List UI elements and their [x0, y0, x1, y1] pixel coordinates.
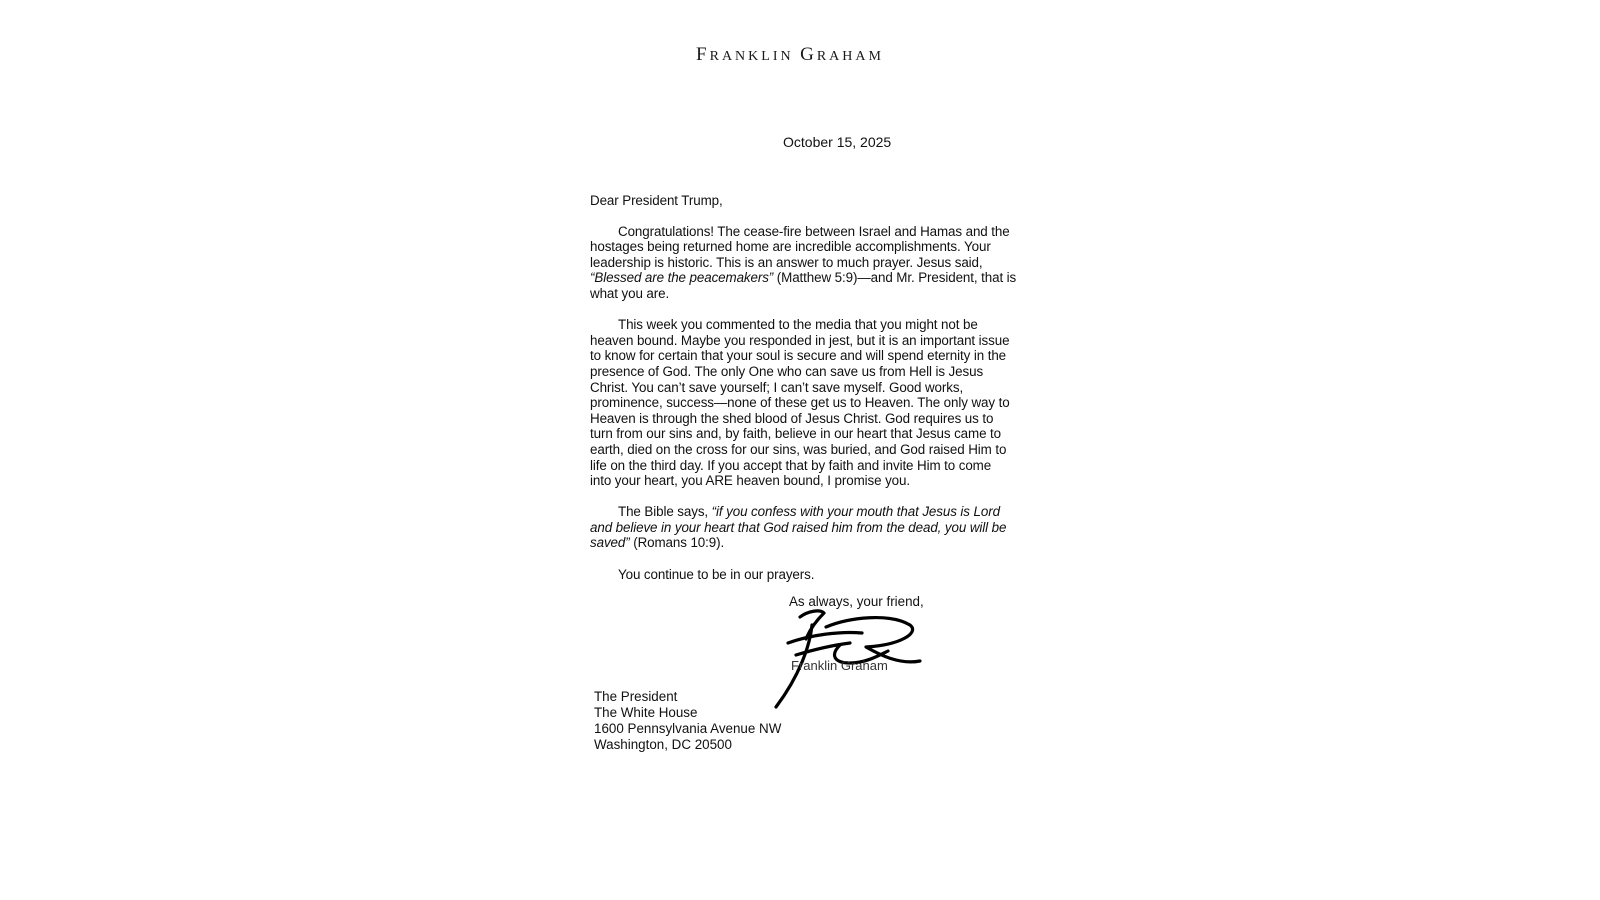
address-line: Washington, DC 20500	[594, 737, 781, 753]
paragraph: Congratulations! The cease-fire between …	[590, 224, 996, 302]
paragraph: This week you commented to the media tha…	[590, 317, 996, 489]
text-line: Congratulations! The cease-fire between …	[590, 224, 996, 240]
text-line: Christ. You can’t save yourself; I can’t…	[590, 380, 996, 396]
salutation: Dear President Trump,	[590, 193, 996, 209]
text-line: The Bible says, “if you confess with you…	[590, 504, 996, 520]
text-line: what you are.	[590, 286, 996, 302]
letter-date: October 15, 2025	[783, 134, 891, 150]
signed-name: Franklin Graham	[791, 658, 888, 673]
text-line: heaven bound. Maybe you responded in jes…	[590, 333, 996, 349]
text-line: earth, died on the cross for our sins, w…	[590, 442, 996, 458]
address-line: The President	[594, 689, 781, 705]
text-line: leadership is historic. This is an answe…	[590, 255, 996, 271]
text-line: presence of God. The only One who can sa…	[590, 364, 996, 380]
text-line: and believe in your heart that God raise…	[590, 520, 996, 536]
paragraph: The Bible says, “if you confess with you…	[590, 504, 996, 551]
text-line: prominence, success—none of these get us…	[590, 395, 996, 411]
text-line: Heaven is through the shed blood of Jesu…	[590, 411, 996, 427]
text-line: “Blessed are the peacemakers” (Matthew 5…	[590, 270, 996, 286]
letter-body: Dear President Trump, Congratulations! T…	[590, 193, 996, 598]
address-line: 1600 Pennsylvania Avenue NW	[594, 721, 781, 737]
paragraph: You continue to be in our prayers.	[590, 567, 996, 583]
text-line: turn from our sins and, by faith, believ…	[590, 426, 996, 442]
text-line: into your heart, you ARE heaven bound, I…	[590, 473, 996, 489]
text-line: to know for certain that your soul is se…	[590, 348, 996, 364]
recipient-address: The President The White House 1600 Penns…	[594, 689, 781, 753]
address-line: The White House	[594, 705, 781, 721]
paragraphs: Congratulations! The cease-fire between …	[590, 224, 996, 583]
text-line: You continue to be in our prayers.	[590, 567, 996, 583]
text-line: life on the third day. If you accept tha…	[590, 458, 996, 474]
text-line: saved” (Romans 10:9).	[590, 535, 996, 551]
text-line: This week you commented to the media tha…	[590, 317, 996, 333]
text-line: hostages being returned home are incredi…	[590, 239, 996, 255]
letterhead: FRANKLIN GRAHAM	[0, 44, 1580, 66]
